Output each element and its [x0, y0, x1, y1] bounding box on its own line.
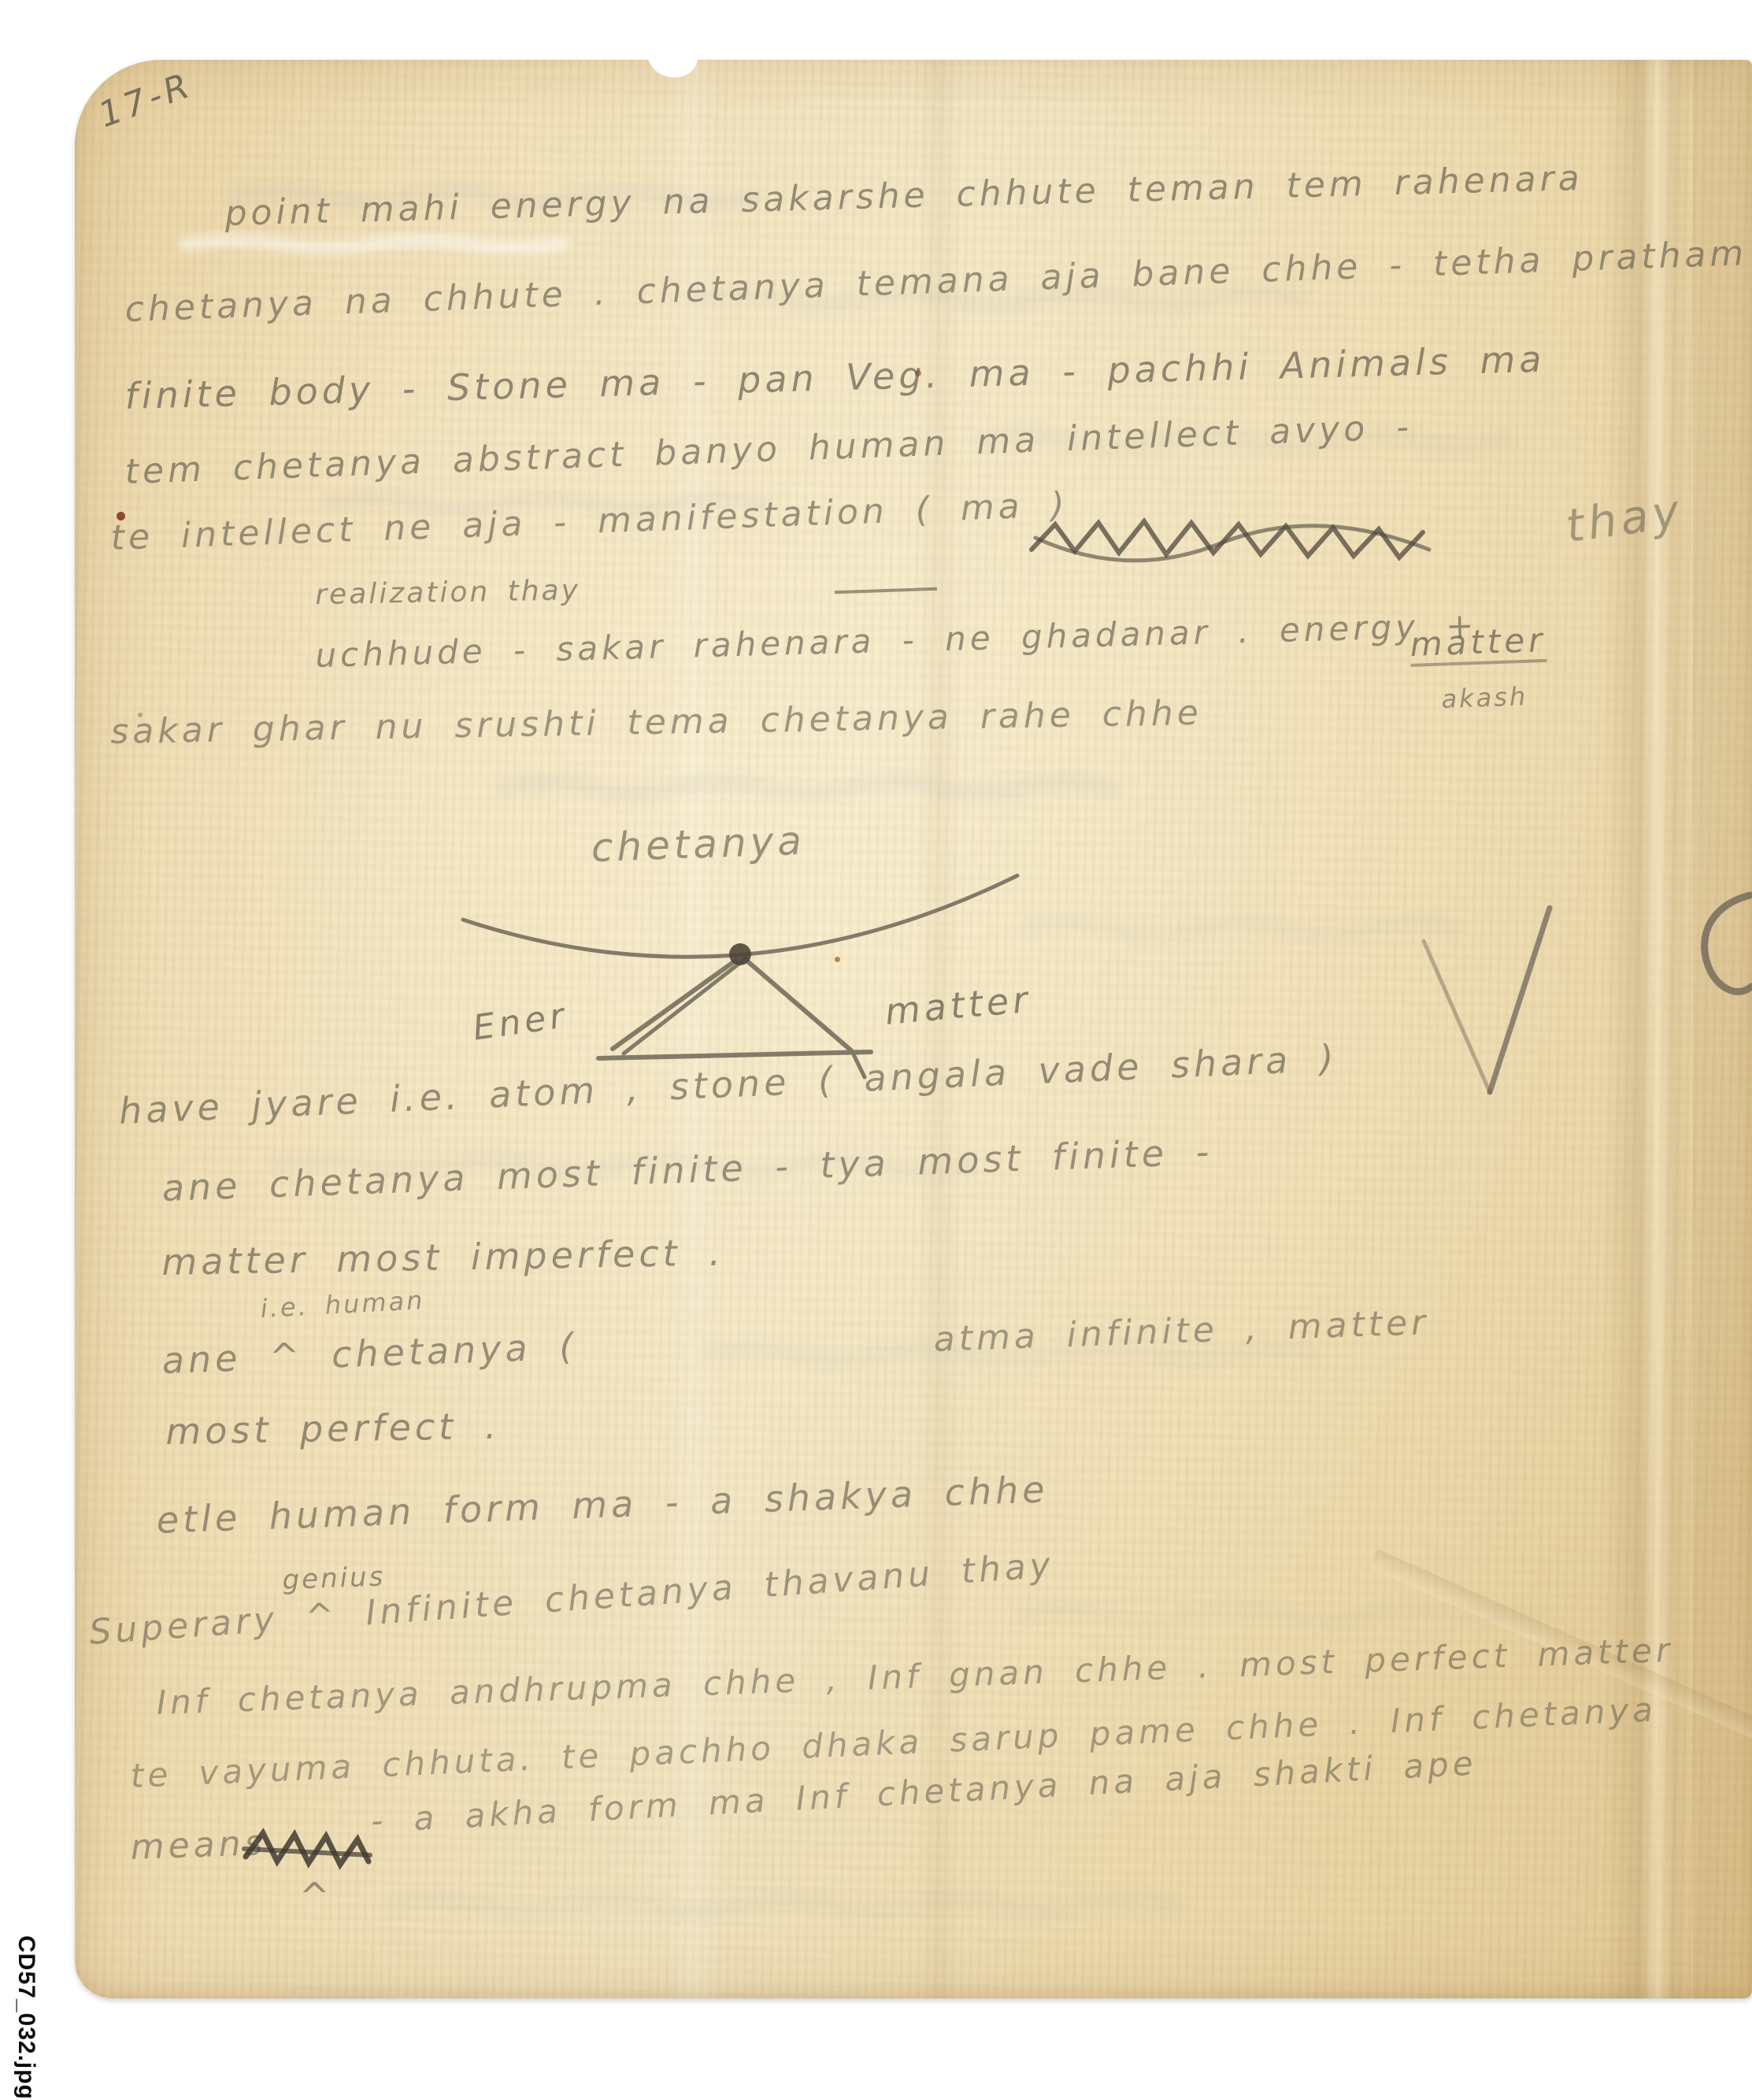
scan-canvas: 17-R point mahi energy na sakarshe chhut… — [0, 0, 1752, 2100]
edge-loop-mark — [1693, 886, 1752, 1012]
handwritten-insertion: i.e. human — [260, 1287, 425, 1321]
handwritten-word-matter: matter — [1409, 624, 1546, 667]
handwritten-line: most perfect . — [165, 1408, 501, 1450]
scribble-strikeout — [1020, 494, 1445, 589]
diagram-apex-dot — [729, 943, 751, 965]
diagram-label-chetanya: chetanya — [591, 821, 806, 868]
handwritten-line: matter most imperfect . — [161, 1235, 724, 1280]
energy-matter-diagram — [409, 850, 1071, 1087]
handwritten-line: realization thay — [315, 576, 580, 609]
checkmark-icon — [1409, 894, 1559, 1106]
scribble-strikeout — [236, 1809, 378, 1888]
handwritten-word-akash: akash — [1441, 683, 1528, 712]
filename-label: CD57_032.jpg — [13, 1935, 39, 2100]
handwritten-insertion: genius — [282, 1563, 386, 1594]
